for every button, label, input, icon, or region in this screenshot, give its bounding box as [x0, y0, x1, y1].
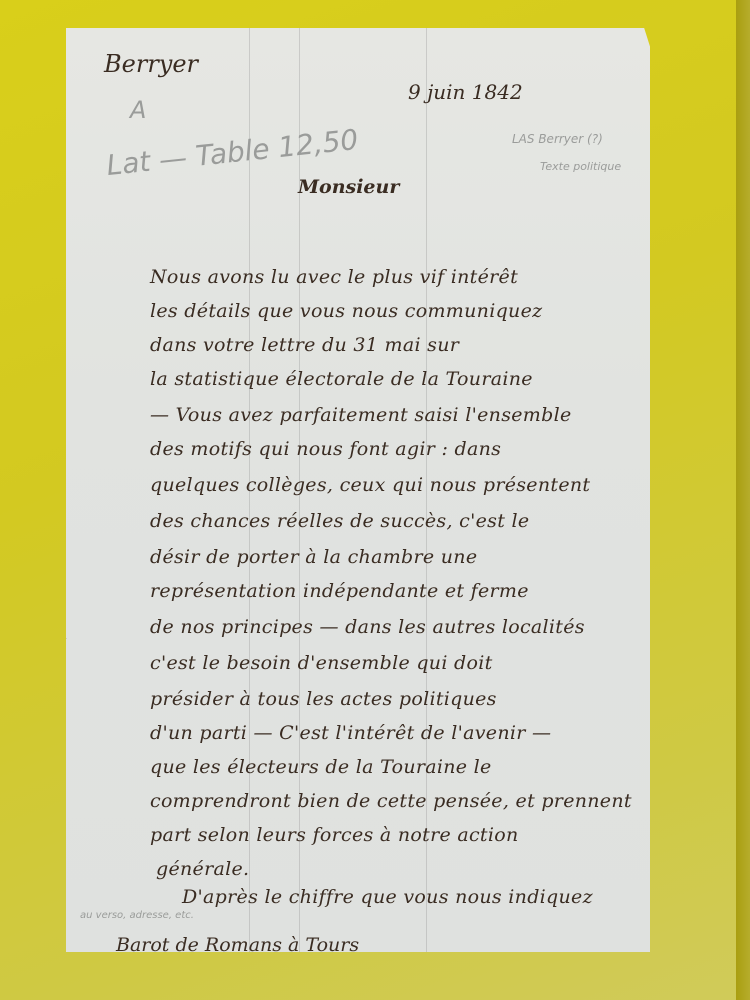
body-line: présider à tous les actes politiques: [150, 688, 497, 710]
pencil-note-footer: au verso, adresse, etc.: [80, 910, 194, 921]
body-line: désir de porter à la chambre une: [150, 546, 477, 568]
body-line: représentation indépendante et ferme: [150, 580, 529, 602]
body-line: d'un parti — C'est l'intérêt de l'avenir…: [150, 722, 551, 744]
body-line: c'est le besoin d'ensemble qui doit: [150, 652, 493, 674]
letter-sheet: Berryer 9 juin 1842 A Lat — Table 12,50 …: [66, 28, 650, 952]
body-line: quelques collèges, ceux qui nous présent…: [150, 474, 590, 496]
body-line: part selon leurs forces à notre action: [150, 824, 519, 846]
body-line: — Vous avez parfaitement saisi l'ensembl…: [150, 404, 572, 426]
body-line: Nous avons lu avec le plus vif intérêt: [150, 266, 518, 288]
body-line: dans votre lettre du 31 mai sur: [150, 334, 459, 356]
body-line: que les électeurs de la Touraine le: [150, 756, 492, 778]
pencil-note-right-2: Texte politique: [540, 160, 621, 173]
body-line: générale.: [156, 858, 249, 880]
salutation: Monsieur: [298, 176, 399, 198]
addressee: Barot de Romans à Tours: [116, 934, 359, 956]
pencil-note-right-1: LAS Berryer (?): [512, 132, 603, 146]
letter-date: 9 juin 1842: [408, 80, 523, 104]
pencil-note-left: Lat — Table 12,50: [105, 123, 360, 182]
author-name: Berryer: [104, 50, 198, 78]
fold-crease: [66, 638, 67, 639]
background-edge-strip: [736, 0, 750, 1000]
body-line: la statistique électorale de la Touraine: [150, 368, 533, 390]
body-line: comprendront bien de cette pensée, et pr…: [150, 790, 632, 812]
pencil-mark-a: A: [130, 96, 146, 124]
body-line: de nos principes — dans les autres local…: [150, 616, 585, 638]
body-line: des chances réelles de succès, c'est le: [150, 510, 529, 532]
body-line: des motifs qui nous font agir : dans: [150, 438, 501, 460]
body-line: D'après le chiffre que vous nous indique…: [182, 886, 593, 908]
body-line: les détails que vous nous communiquez: [150, 300, 542, 322]
